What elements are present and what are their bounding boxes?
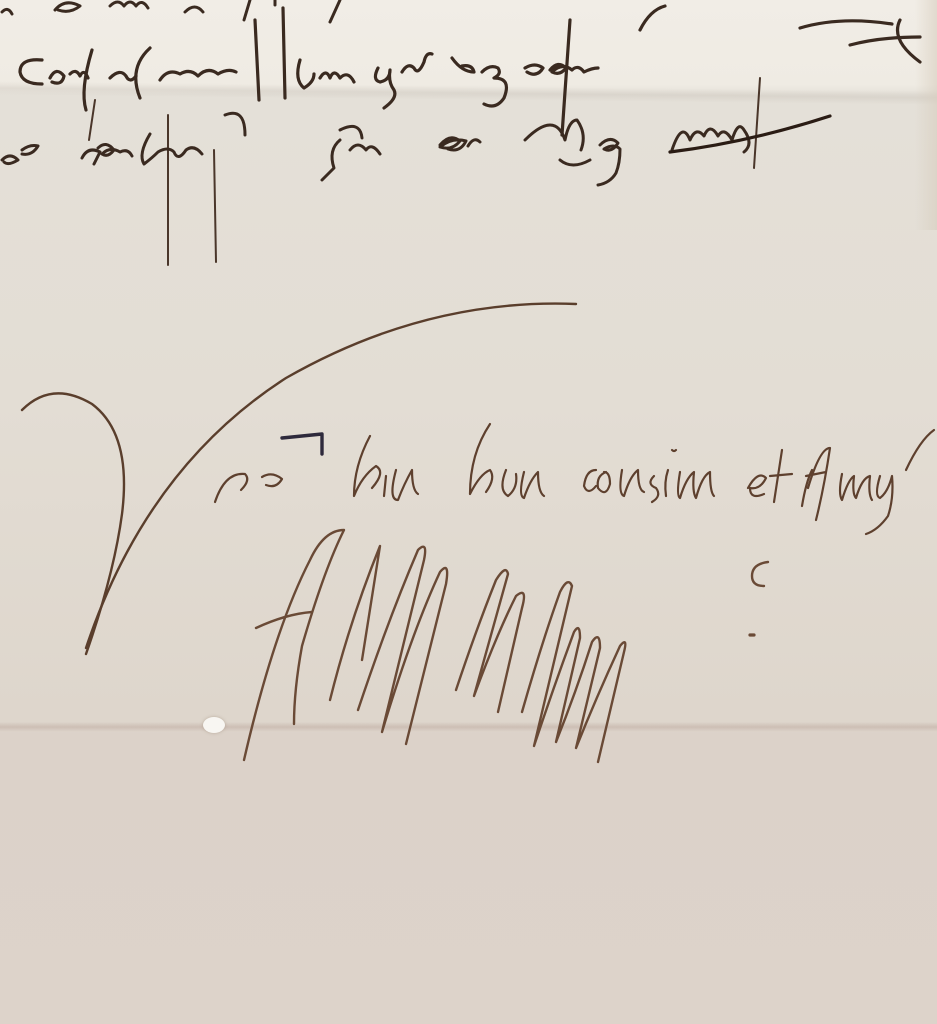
handwriting-layer	[0, 0, 937, 1024]
body-line-2	[20, 6, 920, 135]
closing-line	[215, 424, 934, 534]
body-line-3	[2, 113, 749, 185]
signature-anne	[244, 530, 768, 762]
descender-strokes	[89, 78, 760, 265]
body-line-1	[2, 0, 340, 22]
